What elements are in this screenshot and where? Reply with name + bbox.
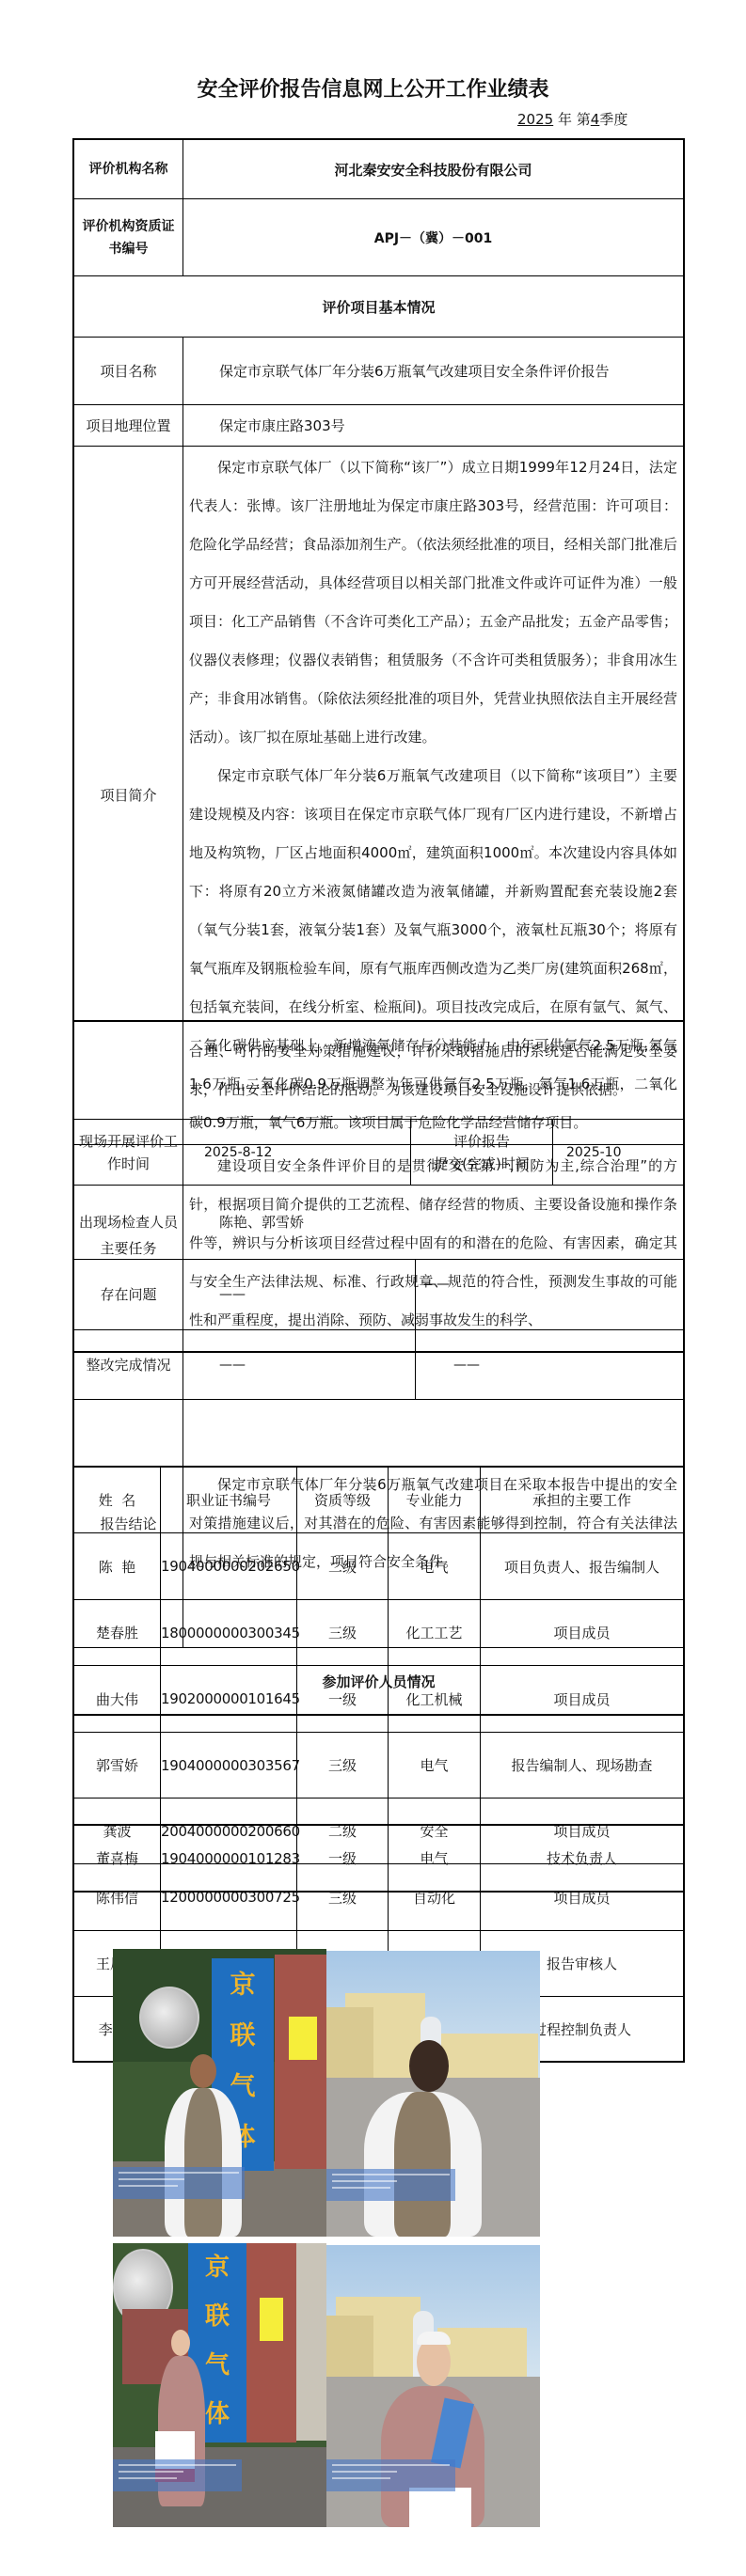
site-photo-4 — [326, 2245, 540, 2527]
onsite-time-value: 2025-8-12 — [183, 1120, 411, 1186]
table-row: 郭雪娇 1904000000303567 三级 电气 报告编制人、现场勘查 — [74, 1733, 684, 1798]
year-suffix: 年 — [558, 111, 572, 128]
quarter-prefix: 第 — [577, 111, 591, 128]
project-location-label: 项目地理位置 — [74, 405, 183, 447]
site-photo-2 — [326, 1951, 540, 2237]
issues-label: 存在问题 — [74, 1260, 183, 1330]
person-specialty: 化工工艺 — [389, 1600, 481, 1666]
person-cert: 1904000000101283 — [161, 1826, 297, 1892]
issues-value-left: —— — [183, 1260, 416, 1330]
sign-char: 京 — [188, 2243, 246, 2292]
submit-time-value: 2025-10 — [553, 1120, 684, 1186]
site-photo-1: 京 联 气 体 — [113, 1949, 326, 2237]
person-cert: 1904000000303567 — [161, 1733, 297, 1798]
person-specialty: 电气 — [389, 1733, 481, 1798]
site-photo-3: 京 联 气 体 — [113, 2243, 326, 2527]
org-cert-label: 评价机构资质证书编号 — [74, 199, 183, 276]
issues-value-right: —— — [416, 1260, 684, 1330]
table-row: 陈 艳 1904000000202650 二级 电气 项目负责人、报告编制人 — [74, 1533, 684, 1600]
intro-paragraph-1: 保定市京联气体厂（以下简称“该厂”）成立日期1999年12月24日，法定代表人：… — [189, 448, 677, 757]
project-name-label: 项目名称 — [74, 338, 183, 405]
personnel-header-row: 姓 名 职业证书编号 资质等级 专业能力 承担的主要工作 — [74, 1468, 684, 1533]
table-row: 楚春胜 1800000000300345 三级 化工工艺 项目成员 — [74, 1600, 684, 1666]
quarter-suffix: 季度 — [599, 111, 627, 128]
tasks-paragraph-continued: 合理、可行的安全对策措施建议，评价采取措施后的系统是否能满足安全要求，作出安全评… — [189, 1032, 677, 1109]
person-role: 项目成员 — [481, 1600, 684, 1666]
person-level: 二级 — [297, 1533, 389, 1600]
rectify-value-right: —— — [416, 1330, 684, 1400]
tasks-text-part2: 合理、可行的安全对策措施建议，评价采取措施后的系统是否能满足安全要求，作出安全评… — [183, 1022, 684, 1120]
document-title: 安全评价报告信息网上公开工作业绩表 — [0, 73, 746, 102]
person-level: 一级 — [297, 1826, 389, 1892]
person-name: 董喜梅 — [74, 1826, 161, 1892]
inspectors-label: 出现场检查人员 — [74, 1186, 183, 1260]
person-specialty: 化工机械 — [389, 1666, 481, 1733]
personnel-extra-table: 董喜梅 1904000000101283 一级 电气 技术负责人 — [73, 1825, 684, 1892]
sign-char: 京 — [212, 1960, 274, 2011]
rectify-label: 整改完成情况 — [74, 1330, 183, 1400]
header-cert: 职业证书编号 — [161, 1468, 297, 1533]
inspectors-value: 陈艳、郭雪娇 — [183, 1186, 684, 1260]
submit-time-label: 评价报告 提交(完成)时间 — [411, 1120, 553, 1186]
header-name: 姓 名 — [74, 1468, 161, 1533]
person-role: 项目成员 — [481, 1666, 684, 1733]
person-cert: 1800000000300345 — [161, 1600, 297, 1666]
header-level: 资质等级 — [297, 1468, 389, 1533]
org-cert-value: APJ－（冀）－001 — [183, 199, 684, 276]
sign-char: 联 — [212, 2011, 274, 2062]
submit-time-label-line2: 提交(完成)时间 — [411, 1153, 552, 1175]
convex-mirror — [139, 1987, 199, 2049]
person-specialty: 电气 — [389, 1826, 481, 1892]
person-name: 楚春胜 — [74, 1600, 161, 1666]
person-level: 三级 — [297, 1600, 389, 1666]
sign-char: 联 — [188, 2292, 246, 2341]
table-row: 曲大伟 1902000000101645 一级 化工机械 项目成员 — [74, 1666, 684, 1733]
person-role: 项目负责人、报告编制人 — [481, 1533, 684, 1600]
person-role: 报告编制人、现场勘查 — [481, 1733, 684, 1798]
year-value: 2025 — [517, 111, 553, 128]
rectify-value-left: —— — [183, 1330, 416, 1400]
quarter-value: 4 — [591, 111, 600, 128]
org-name-label: 评价机构名称 — [74, 140, 183, 199]
person-specialty: 电气 — [389, 1533, 481, 1600]
person-name: 郭雪娇 — [74, 1733, 161, 1798]
person-cert: 1902000000101645 — [161, 1666, 297, 1733]
header-role: 承担的主要工作 — [481, 1468, 684, 1533]
person-name: 陈 艳 — [74, 1533, 161, 1600]
onsite-time-label: 现场开展评价工作时间 — [74, 1120, 183, 1186]
person-name: 曲大伟 — [74, 1666, 161, 1733]
quarter-line: 2025 年 第4季度 — [517, 109, 627, 129]
project-location-value: 保定市康庄路303号 — [183, 405, 684, 447]
person-cert: 1904000000202650 — [161, 1533, 297, 1600]
person-role: 技术负责人 — [481, 1826, 684, 1892]
person-level: 三级 — [297, 1733, 389, 1798]
project-section-title: 评价项目基本情况 — [74, 276, 684, 338]
table-row: 董喜梅 1904000000101283 一级 电气 技术负责人 — [74, 1826, 684, 1892]
person-level: 一级 — [297, 1666, 389, 1733]
org-name-value: 河北秦安安全科技股份有限公司 — [183, 140, 684, 199]
project-name-value: 保定市京联气体厂年分装6万瓶氧气改建项目安全条件评价报告 — [183, 338, 684, 405]
header-specialty: 专业能力 — [389, 1468, 481, 1533]
submit-time-label-line1: 评价报告 — [411, 1130, 552, 1153]
tasks-label-continued — [74, 1022, 183, 1120]
